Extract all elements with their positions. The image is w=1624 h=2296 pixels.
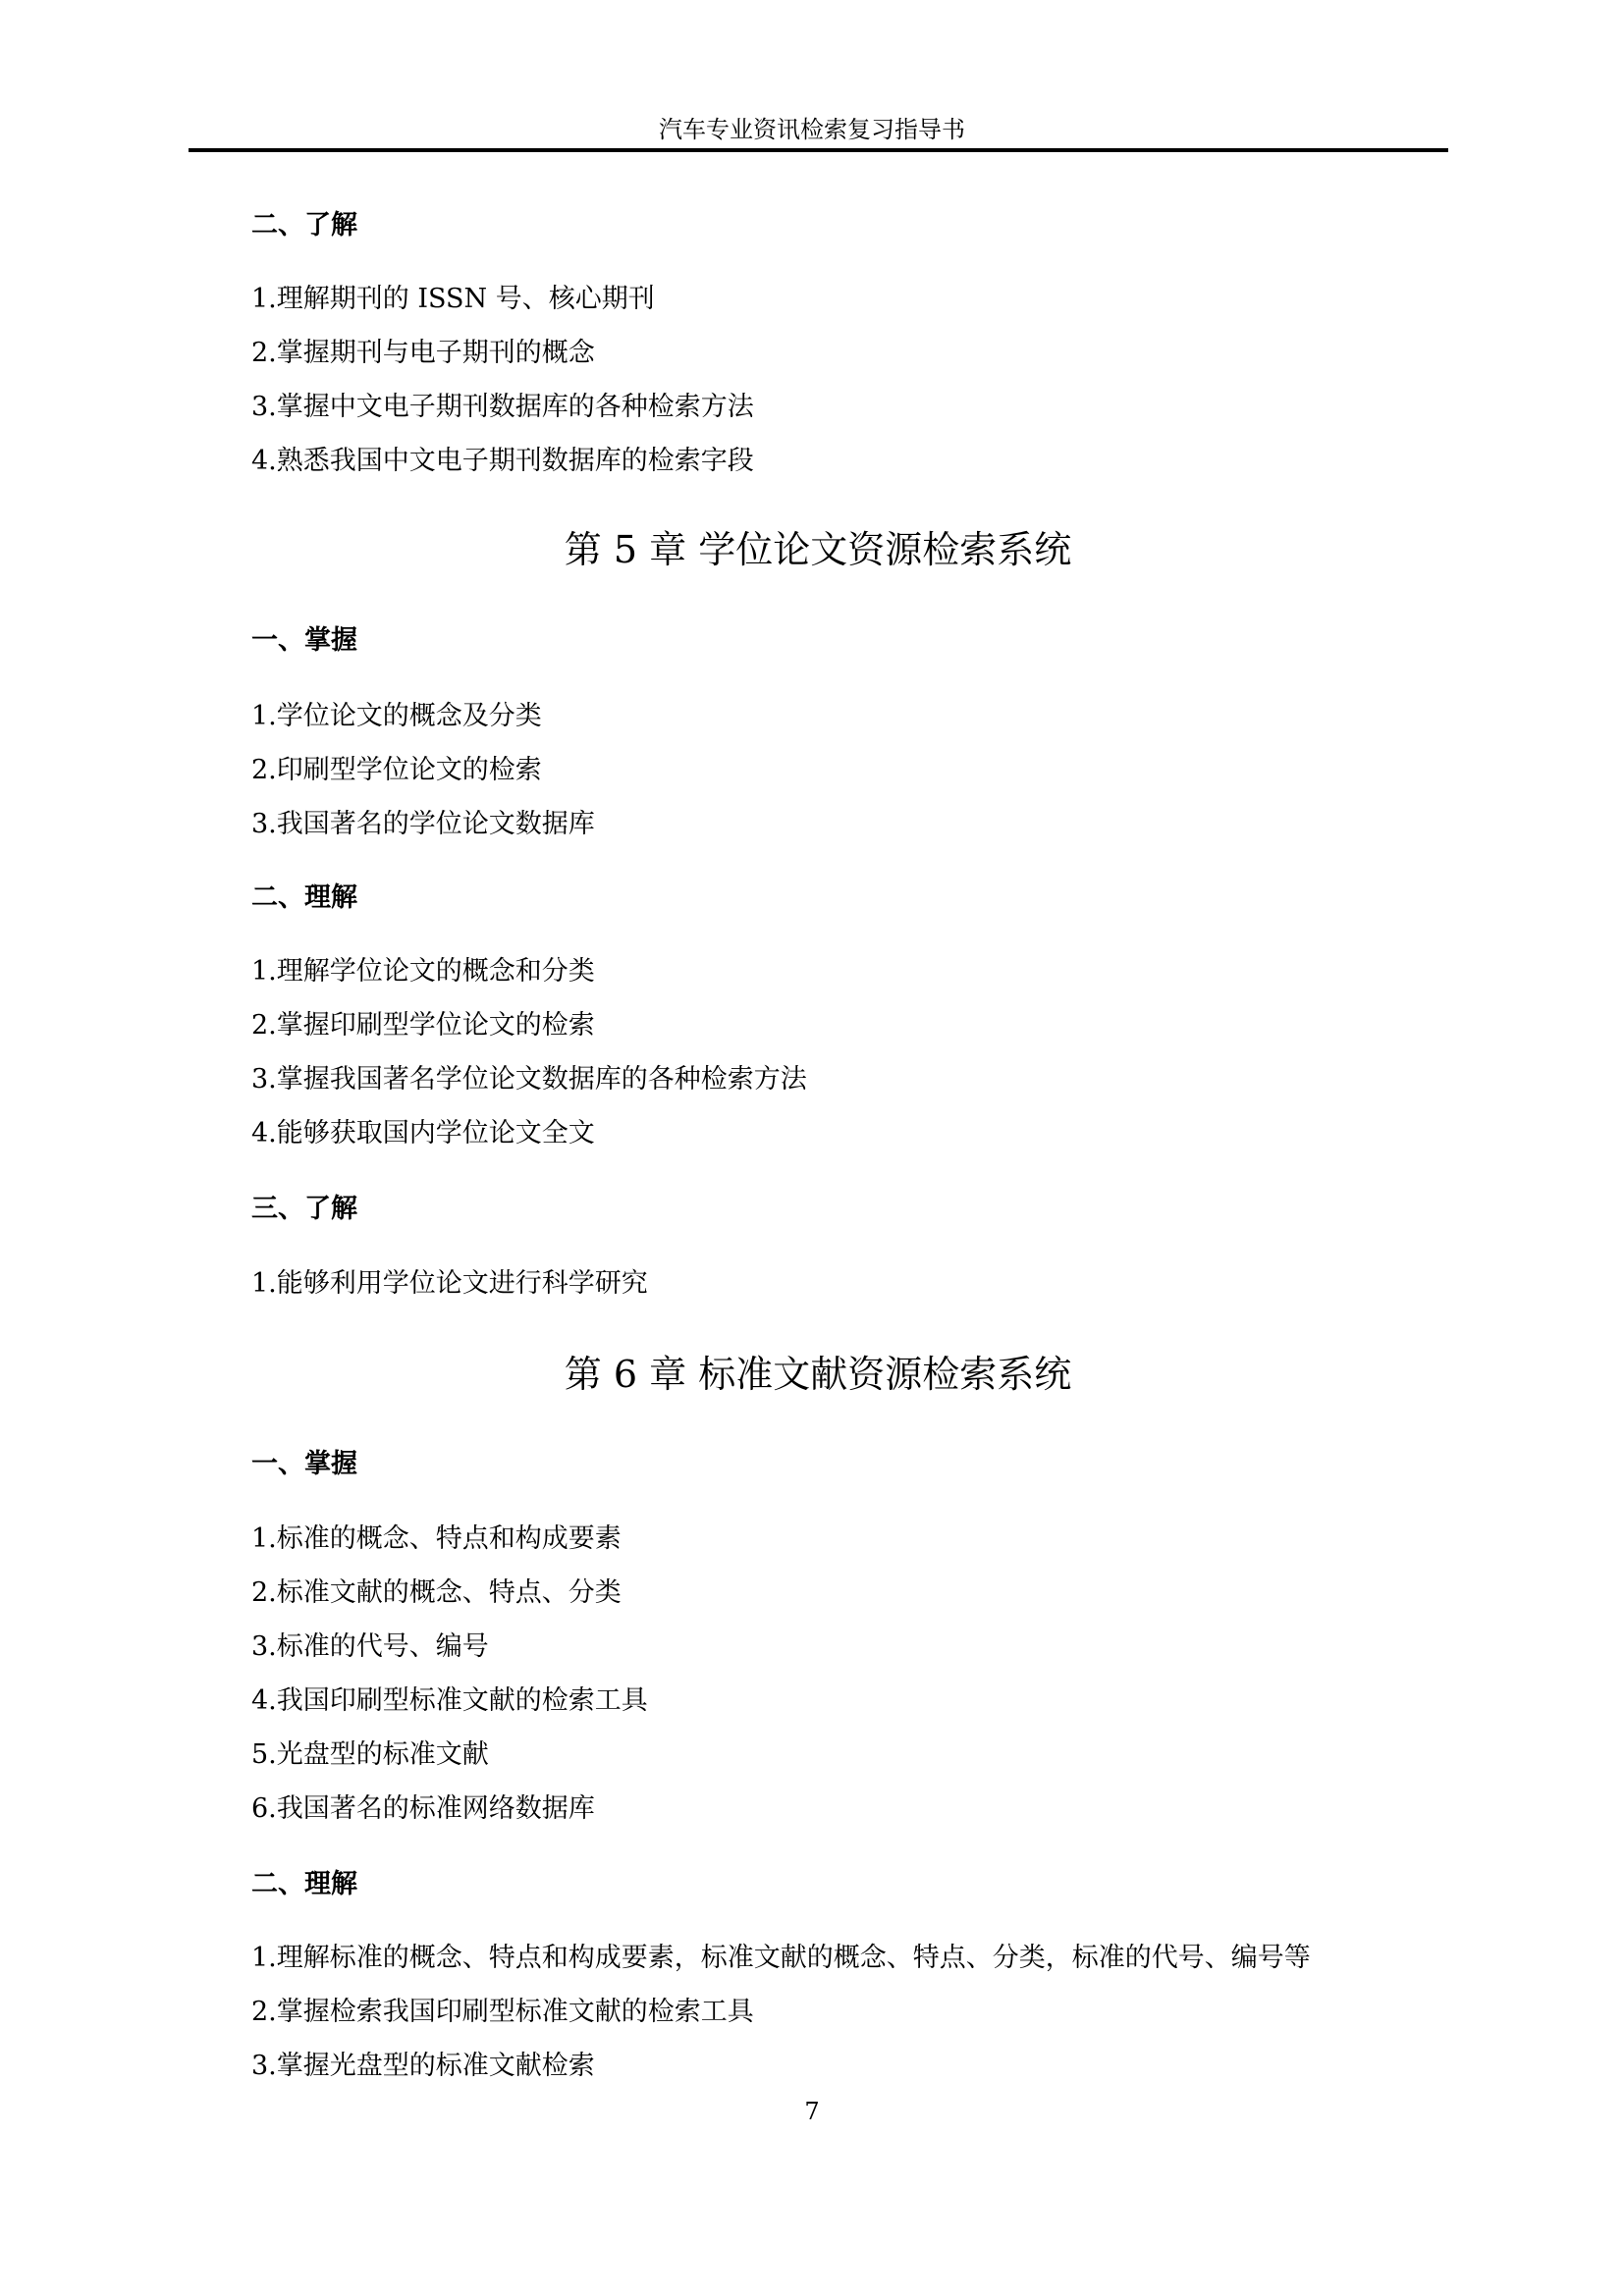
section-heading: 二、理解 [251, 881, 357, 915]
list-item: 4.我国印刷型标准文献的检索工具 [251, 1684, 648, 1718]
list-item: 2.掌握检索我国印刷型标准文献的检索工具 [251, 1996, 754, 2029]
section-heading: 一、掌握 [251, 624, 357, 658]
section-heading: 一、掌握 [251, 1448, 357, 1481]
list-item: 3.掌握我国著名学位论文数据库的各种检索方法 [251, 1063, 807, 1096]
list-item: 3.我国著名的学位论文数据库 [251, 808, 595, 841]
chapter-title: 第 6 章 标准文献资源检索系统 [0, 1352, 1624, 1397]
section-heading: 二、了解 [251, 209, 357, 242]
page-number: 7 [0, 2097, 1624, 2126]
section-heading: 三、了解 [251, 1193, 357, 1226]
list-item: 5.光盘型的标准文献 [251, 1738, 489, 1772]
list-item: 3.标准的代号、编号 [251, 1630, 489, 1664]
list-item: 1.标准的概念、特点和构成要素 [251, 1522, 622, 1556]
list-item: 3.掌握中文电子期刊数据库的各种检索方法 [251, 391, 754, 424]
list-item: 2.掌握期刊与电子期刊的概念 [251, 337, 595, 370]
list-item: 2.标准文献的概念、特点、分类 [251, 1576, 622, 1610]
list-item: 6.我国著名的标准网络数据库 [251, 1792, 595, 1826]
list-item: 4.熟悉我国中文电子期刊数据库的检索字段 [251, 445, 754, 478]
list-item: 2.掌握印刷型学位论文的检索 [251, 1009, 595, 1042]
list-item: 1.能够利用学位论文进行科学研究 [251, 1267, 648, 1301]
list-item: 3.掌握光盘型的标准文献检索 [251, 2050, 595, 2083]
header-rule [189, 148, 1448, 152]
list-item: 1.理解学位论文的概念和分类 [251, 955, 595, 988]
running-header: 汽车专业资讯检索复习指导书 [0, 115, 1624, 144]
chapter-title: 第 5 章 学位论文资源检索系统 [0, 527, 1624, 572]
list-item: 1.学位论文的概念及分类 [251, 700, 542, 733]
list-item: 1.理解标准的概念、特点和构成要素，标准文献的概念、特点、分类，标准的代号、编号… [251, 1942, 1311, 1975]
list-item: 4.能够获取国内学位论文全文 [251, 1117, 595, 1150]
section-heading: 二、理解 [251, 1868, 357, 1901]
list-item: 2.印刷型学位论文的检索 [251, 754, 542, 787]
list-item: 1.理解期刊的 ISSN 号、核心期刊 [251, 283, 655, 316]
